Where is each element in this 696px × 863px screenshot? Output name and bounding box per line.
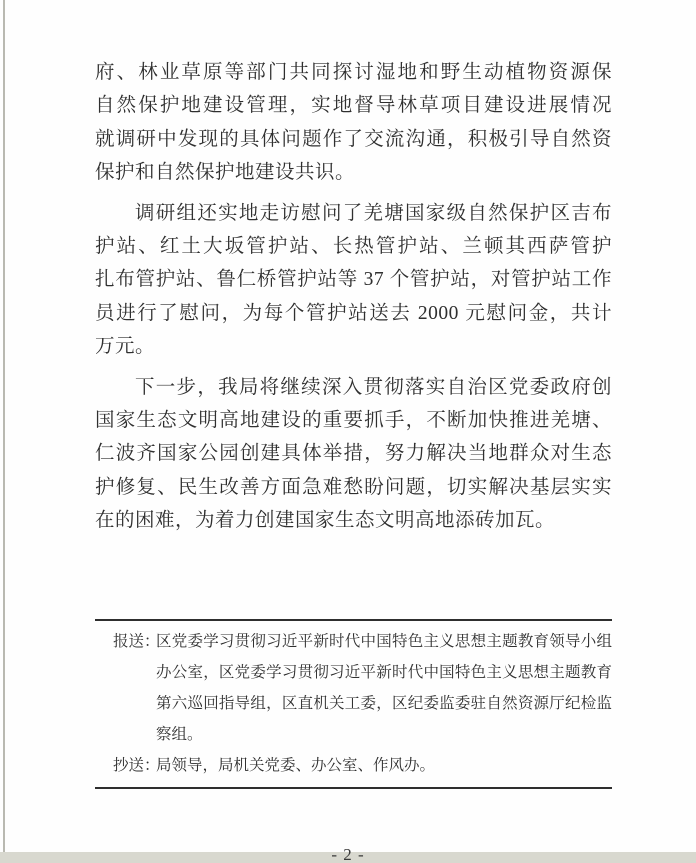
paragraph-3: 下一步，我局将继续深入贯彻落实自治区党委政府创建 国家生态文明高地建设的重要抓手… — [95, 371, 612, 538]
body-line: 万元。 — [95, 330, 612, 363]
body-line: 下一步，我局将继续深入贯彻落实自治区党委政府创建 — [95, 371, 612, 404]
paragraph-2: 调研组还实地走访慰问了羌塘国家级自然保护区吉布管 护站、红土大坂管护站、长热管护… — [95, 197, 612, 364]
chaosong-content: 局领导，局机关党委、办公室、作风办。 — [156, 750, 612, 781]
chaosong-row: 抄送： 局领导，局机关党委、办公室、作风办。 — [95, 750, 612, 781]
body-line: 府、林业草原等部门共同探讨湿地和野生动植物资源保护、 — [95, 56, 612, 89]
page-number: - 2 - — [0, 846, 696, 863]
footer-line: 办公室，区党委学习贯彻习近平新时代中国特色主义思想主题教育 — [156, 657, 612, 688]
body-line: 仁波齐国家公园创建具体举措，努力解决当地群众对生态保 — [95, 437, 612, 470]
body-line: 就调研中发现的具体问题作了交流沟通，积极引导自然资源 — [95, 123, 612, 156]
document-body: 府、林业草原等部门共同探讨湿地和野生动植物资源保护、 自然保护地建设管理，实地督… — [95, 56, 612, 789]
body-line: 调研组还实地走访慰问了羌塘国家级自然保护区吉布管 — [95, 197, 612, 230]
footer-line: 察组。 — [156, 719, 612, 750]
body-line: 护站、红土大坂管护站、长热管护站、兰顿其西萨管护站、 — [95, 230, 612, 263]
body-line: 员进行了慰问，为每个管护站送去 2000 元慰问金，共计 7.4 — [95, 297, 612, 330]
scan-left-edge-line — [3, 0, 5, 863]
body-line: 保护和自然保护地建设共识。 — [95, 156, 612, 189]
body-line: 扎布管护站、鲁仁桥管护站等 37 个管护站，对管护站工作人 — [95, 263, 612, 296]
baosong-label: 报送： — [113, 626, 156, 750]
body-line: 国家生态文明高地建设的重要抓手，不断加快推进羌塘、冈 — [95, 404, 612, 437]
footer-distribution-block: 报送： 区党委学习贯彻习近平新时代中国特色主义思想主题教育领导小组 办公室，区党… — [95, 619, 612, 789]
body-line: 护修复、民生改善方面急难愁盼问题，切实解决基层实实在 — [95, 471, 612, 504]
body-line: 在的困难，为着力创建国家生态文明高地添砖加瓦。 — [95, 504, 612, 537]
footer-line: 局领导，局机关党委、办公室、作风办。 — [156, 750, 612, 781]
footer-line: 区党委学习贯彻习近平新时代中国特色主义思想主题教育领导小组 — [156, 626, 612, 657]
body-line: 自然保护地建设管理，实地督导林草项目建设进展情况等， — [95, 89, 612, 122]
baosong-content: 区党委学习贯彻习近平新时代中国特色主义思想主题教育领导小组 办公室，区党委学习贯… — [156, 626, 612, 750]
chaosong-label: 抄送： — [113, 750, 156, 781]
footer-line: 第六巡回指导组，区直机关工委，区纪委监委驻自然资源厅纪检监 — [156, 688, 612, 719]
baosong-row: 报送： 区党委学习贯彻习近平新时代中国特色主义思想主题教育领导小组 办公室，区党… — [95, 626, 612, 750]
paragraph-1: 府、林业草原等部门共同探讨湿地和野生动植物资源保护、 自然保护地建设管理，实地督… — [95, 56, 612, 190]
